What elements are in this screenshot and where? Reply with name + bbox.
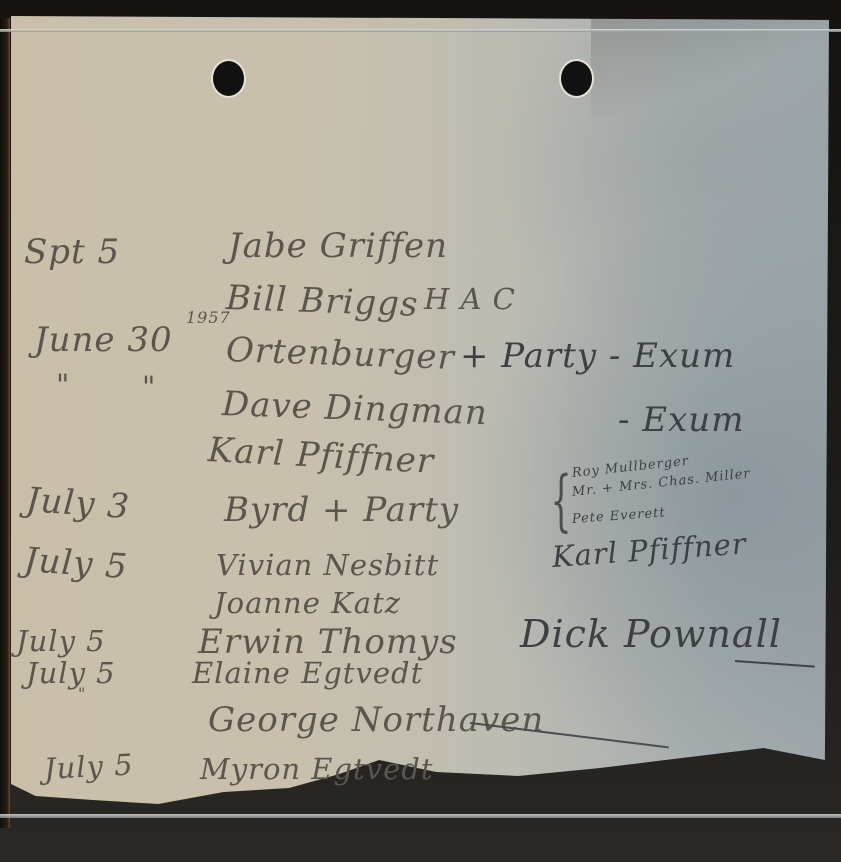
year-note: 1957	[186, 308, 231, 327]
date-june-30: June 30	[34, 320, 173, 360]
top-mounting-rail	[0, 29, 841, 32]
ditto-mark-2: "	[142, 370, 156, 404]
exum-2: - Exum	[618, 400, 744, 440]
ditto-mark-1: "	[56, 368, 70, 402]
date-july-5-a: July 5	[23, 540, 130, 587]
name-elaine-egtvedt: Elaine Egtvedt	[192, 656, 423, 690]
date-july-5-d: July 5	[43, 747, 134, 786]
date-july-5-c: July 5	[26, 656, 116, 690]
name-bill-briggs: Bill Briggs	[225, 278, 419, 325]
signature-dick-pownall: Dick Pownall	[520, 612, 782, 656]
date-july-5-b: July 5	[16, 624, 106, 658]
name-ortenburger: Ortenburger	[225, 330, 455, 378]
date-spt-5: Spt 5	[24, 232, 120, 272]
club-hac: H A C	[424, 282, 516, 316]
date-july-3: July 3	[25, 480, 132, 527]
bottom-mounting-rail	[0, 814, 841, 818]
party-exum-1: + Party - Exum	[460, 336, 735, 376]
punch-hole-right	[561, 61, 592, 96]
name-byrd-party: Byrd + Party	[224, 490, 459, 530]
name-jabe-griffen: Jabe Griffen	[228, 226, 448, 266]
punch-hole-left	[213, 61, 244, 96]
name-myron-egtvedt: Myron Egtvedt	[200, 752, 433, 786]
bracket-mark: {	[551, 462, 572, 539]
frame-edge	[0, 18, 10, 828]
photo-scene: Spt 5 Jabe Griffen Bill Briggs H A C Jun…	[0, 0, 841, 862]
name-joanne-katz: Joanne Katz	[214, 586, 401, 620]
name-vivian-nesbitt: Vivian Nesbitt	[216, 548, 439, 582]
ditto-mark-3: "	[78, 684, 86, 703]
name-george-northaven: George Northaven	[208, 700, 544, 740]
